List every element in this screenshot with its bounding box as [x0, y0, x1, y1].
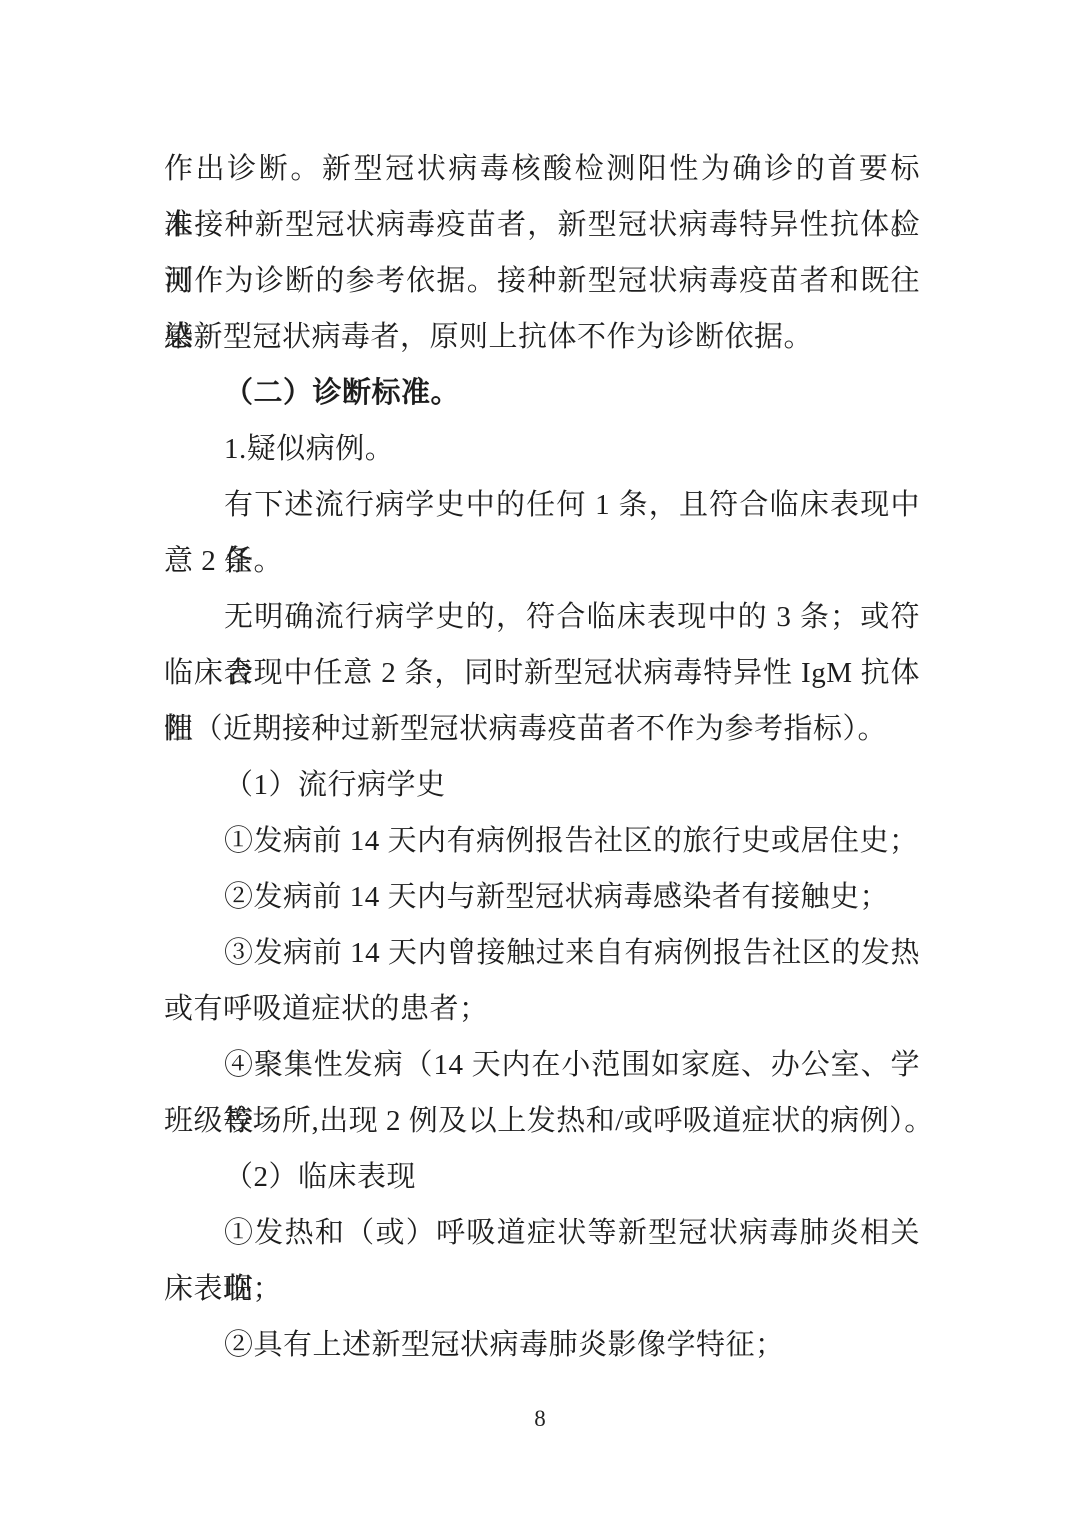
text-line: 意 2 条。 [164, 533, 920, 589]
paragraph: 作出诊断。新型冠状病毒核酸检测阳性为确诊的首要标准。未接种新型冠状病毒疫苗者，新… [164, 141, 920, 365]
text-line: （二）诊断标准。 [164, 365, 920, 421]
document-body: 作出诊断。新型冠状病毒核酸检测阳性为确诊的首要标准。未接种新型冠状病毒疫苗者，新… [164, 141, 920, 1373]
text-line: 作出诊断。新型冠状病毒核酸检测阳性为确诊的首要标准。 [164, 141, 920, 197]
text-line: ②发病前 14 天内与新型冠状病毒感染者有接触史； [164, 869, 920, 925]
text-line: （1）流行病学史 [164, 757, 920, 813]
text-line: 未接种新型冠状病毒疫苗者，新型冠状病毒特异性抗体检测 [164, 197, 920, 253]
text-line: 床表现； [164, 1261, 920, 1317]
text-line: ①发病前 14 天内有病例报告社区的旅行史或居住史； [164, 813, 920, 869]
paragraph: 1.疑似病例。 [164, 421, 920, 477]
text-line: ③发病前 14 天内曾接触过来自有病例报告社区的发热 [164, 925, 920, 981]
paragraph: （2）临床表现 [164, 1149, 920, 1205]
text-line: 无明确流行病学史的，符合临床表现中的 3 条；或符合 [164, 589, 920, 645]
text-line: 临床表现中任意 2 条，同时新型冠状病毒特异性 IgM 抗体阳 [164, 645, 920, 701]
text-line: 染新型冠状病毒者，原则上抗体不作为诊断依据。 [164, 309, 920, 365]
paragraph: 无明确流行病学史的，符合临床表现中的 3 条；或符合临床表现中任意 2 条，同时… [164, 589, 920, 757]
document-page: 作出诊断。新型冠状病毒核酸检测阳性为确诊的首要标准。未接种新型冠状病毒疫苗者，新… [0, 0, 1080, 1527]
paragraph: ③发病前 14 天内曾接触过来自有病例报告社区的发热或有呼吸道症状的患者； [164, 925, 920, 1037]
paragraph: ②发病前 14 天内与新型冠状病毒感染者有接触史； [164, 869, 920, 925]
text-line: ②具有上述新型冠状病毒肺炎影像学特征； [164, 1317, 920, 1373]
paragraph: ①发热和（或）呼吸道症状等新型冠状病毒肺炎相关临床表现； [164, 1205, 920, 1317]
text-line: （2）临床表现 [164, 1149, 920, 1205]
paragraph: ④聚集性发病（14 天内在小范围如家庭、办公室、学校班级等场所,出现 2 例及以… [164, 1037, 920, 1149]
text-line: 或有呼吸道症状的患者； [164, 981, 920, 1037]
paragraph: （1）流行病学史 [164, 757, 920, 813]
paragraph: ②具有上述新型冠状病毒肺炎影像学特征； [164, 1317, 920, 1373]
paragraph: ①发病前 14 天内有病例报告社区的旅行史或居住史； [164, 813, 920, 869]
text-line: ④聚集性发病（14 天内在小范围如家庭、办公室、学校 [164, 1037, 920, 1093]
text-line: ①发热和（或）呼吸道症状等新型冠状病毒肺炎相关临 [164, 1205, 920, 1261]
text-line: 班级等场所,出现 2 例及以上发热和/或呼吸道症状的病例）。 [164, 1093, 920, 1149]
footer: 8 [0, 1406, 1080, 1432]
text-line: 1.疑似病例。 [164, 421, 920, 477]
section-heading: （二）诊断标准。 [164, 365, 920, 421]
paragraph: 有下述流行病学史中的任何 1 条，且符合临床表现中任意 2 条。 [164, 477, 920, 589]
text-line: 有下述流行病学史中的任何 1 条，且符合临床表现中任 [164, 477, 920, 533]
page-number: 8 [534, 1406, 546, 1431]
text-line: 可作为诊断的参考依据。接种新型冠状病毒疫苗者和既往感 [164, 253, 920, 309]
text-line: 性（近期接种过新型冠状病毒疫苗者不作为参考指标）。 [164, 701, 920, 757]
